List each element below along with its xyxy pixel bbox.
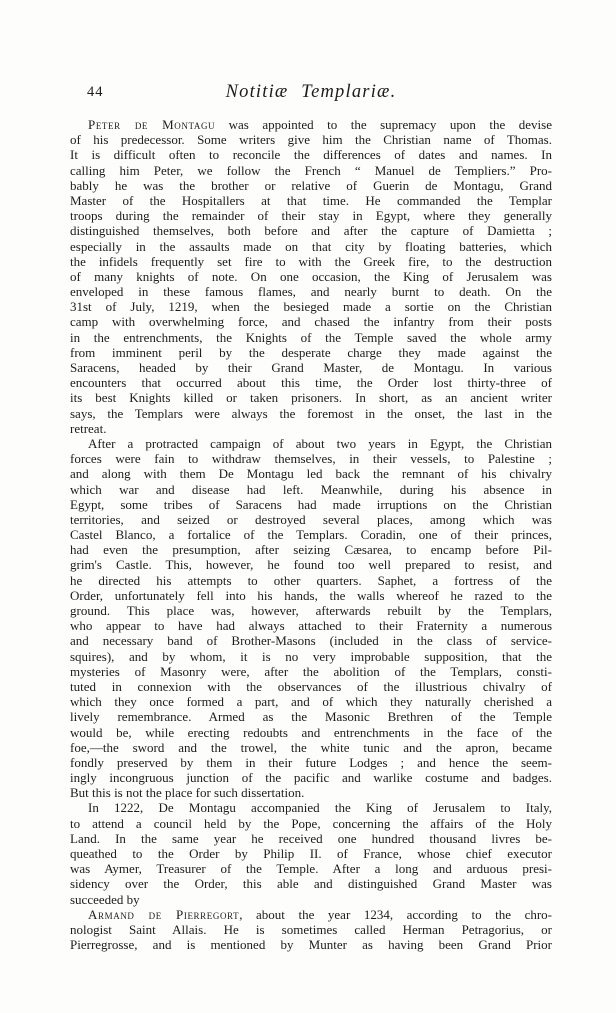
text-line: had even the presumption, after seizing … bbox=[70, 542, 552, 557]
page-header: 44 Notitiæ Templariæ. bbox=[70, 82, 552, 104]
text-line: nologist Saint Allais. He is sometimes c… bbox=[70, 922, 552, 937]
text-line: Castel Blanco, a fortalice of the Templa… bbox=[70, 527, 552, 542]
paragraph: After a protracted campaign of about two… bbox=[70, 436, 552, 801]
text-line: retreat. bbox=[70, 421, 552, 436]
text-line: It is difficult often to reconcile the d… bbox=[70, 147, 552, 162]
text-line: territories, and seized or destroyed sev… bbox=[70, 512, 552, 527]
text-line: Master of the Hospitallers at that time.… bbox=[70, 193, 552, 208]
text-line: forces were fain to withdraw themselves,… bbox=[70, 451, 552, 466]
text-line: Order, unfortunately fell into his hands… bbox=[70, 588, 552, 603]
text-line: to attend a council held by the Pope, co… bbox=[70, 816, 552, 831]
text-line: camp with overwhelming force, and chased… bbox=[70, 314, 552, 329]
text-line: the infidels frequently set fire to with… bbox=[70, 254, 552, 269]
text-line: and necessary band of Brother-Masons (in… bbox=[70, 633, 552, 648]
text-line: which they once formed a part, and of wh… bbox=[70, 694, 552, 709]
text-line: In 1222, De Montagu accompanied the King… bbox=[70, 800, 552, 815]
text-line: he directed his attempts to other quarte… bbox=[70, 573, 552, 588]
text-line: in the entrenchments, the Knights of the… bbox=[70, 330, 552, 345]
text-line: says, the Templars were always the forem… bbox=[70, 406, 552, 421]
page-body: Peter de Montagu was appointed to the su… bbox=[70, 117, 552, 952]
text-line: especially in the assaults made on that … bbox=[70, 239, 552, 254]
text-line: mysteries of Masonry were, after the abo… bbox=[70, 664, 552, 679]
text-line: of his predecessor. Some writers give hi… bbox=[70, 132, 552, 147]
text-line: Peter de Montagu was appointed to the su… bbox=[70, 117, 552, 132]
text-line: encounters that occurred about this time… bbox=[70, 375, 552, 390]
text-line: tuted in connexion with the observances … bbox=[70, 679, 552, 694]
paragraph: Armand de Pierregort, about the year 123… bbox=[70, 907, 552, 953]
text-line: distinguished themselves, both before an… bbox=[70, 223, 552, 238]
text-line: But this is not the place for such disse… bbox=[70, 785, 552, 800]
text-line: which war and disease had left. Meanwhil… bbox=[70, 482, 552, 497]
text-line: calling him Peter, we follow the French … bbox=[70, 163, 552, 178]
text-line: ingly incongruous junction of the pacifi… bbox=[70, 770, 552, 785]
text-line: Armand de Pierregort, about the year 123… bbox=[70, 907, 552, 922]
text-line: After a protracted campaign of about two… bbox=[70, 436, 552, 451]
text-line: succeeded by bbox=[70, 892, 552, 907]
text-line: its best Knights killed or taken prisone… bbox=[70, 390, 552, 405]
text-line: bably he was the brother or relative of … bbox=[70, 178, 552, 193]
text-line: of many knights of note. On one occasion… bbox=[70, 269, 552, 284]
text-line: Land. In the same year he received one h… bbox=[70, 831, 552, 846]
text-line: sidency over the Order, this able and di… bbox=[70, 876, 552, 891]
small-caps-name: Armand de Pierregort bbox=[88, 907, 239, 922]
text-line: lively remembrance. Armed as the Masonic… bbox=[70, 709, 552, 724]
text-line: Egypt, some tribes of Saracens had made … bbox=[70, 497, 552, 512]
text-line: Saracens, headed by their Grand Master, … bbox=[70, 360, 552, 375]
text-line: and along with them De Montagu led back … bbox=[70, 466, 552, 481]
text-line: troops during the remainder of their sta… bbox=[70, 208, 552, 223]
paragraph: In 1222, De Montagu accompanied the King… bbox=[70, 800, 552, 906]
text-line: who appear to have had always attached t… bbox=[70, 618, 552, 633]
text-line: foe,—the sword and the trowel, the white… bbox=[70, 740, 552, 755]
text-line: enveloped in these famous flames, and ne… bbox=[70, 284, 552, 299]
text-line: queathed to the Order by Philip II. of F… bbox=[70, 846, 552, 861]
running-title: Notitiæ Templariæ. bbox=[70, 82, 552, 103]
small-caps-name: Peter de Montagu bbox=[88, 117, 215, 132]
book-page: 44 Notitiæ Templariæ. Peter de Montagu w… bbox=[0, 0, 616, 1013]
text-line: grim's Castle. This, however, he found t… bbox=[70, 557, 552, 572]
text-line: would be, while erecting redoubts and en… bbox=[70, 725, 552, 740]
text-line: ground. This place was, however, afterwa… bbox=[70, 603, 552, 618]
paragraph: Peter de Montagu was appointed to the su… bbox=[70, 117, 552, 436]
text-line: squires), and by whom, it is no very imp… bbox=[70, 649, 552, 664]
text-line: fondly preserved by them in their future… bbox=[70, 755, 552, 770]
text-line: was Aymer, Treasurer of the Temple. Afte… bbox=[70, 861, 552, 876]
text-line: Pierregrosse, and is mentioned by Munter… bbox=[70, 937, 552, 952]
text-line: from imminent peril by the desperate cha… bbox=[70, 345, 552, 360]
text-line: 31st of July, 1219, when the besieged ma… bbox=[70, 299, 552, 314]
